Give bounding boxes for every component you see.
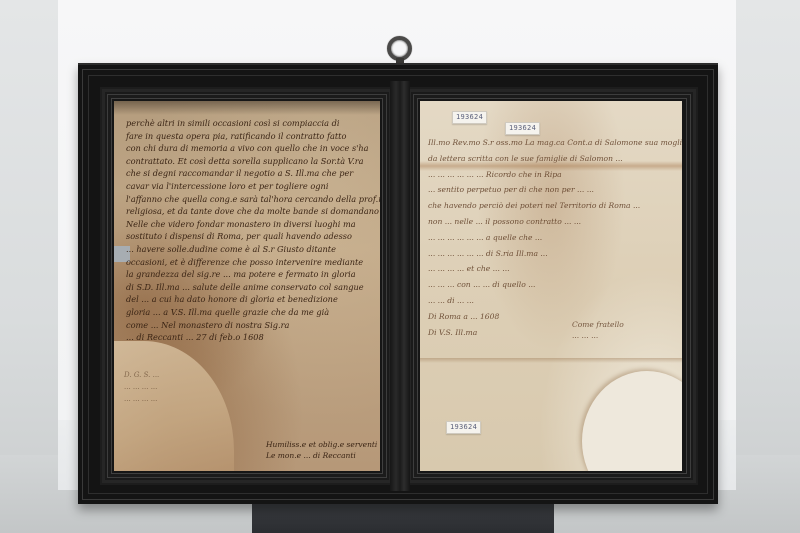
signoff-line: Le mon.e ... di Reccanti bbox=[266, 450, 380, 461]
manuscript-line: perchè altri in simili occasioni così si… bbox=[126, 117, 380, 130]
frame-center-divider bbox=[390, 81, 410, 491]
manuscript-line: ... havere solle.dudine come è al S.r Gi… bbox=[126, 243, 380, 256]
display-stand bbox=[252, 502, 554, 533]
left-signoff: Humiliss.e et oblig.e serventi in christ… bbox=[266, 439, 380, 461]
paper-curl bbox=[582, 371, 682, 471]
signoff-line: Humiliss.e et oblig.e serventi in christ… bbox=[266, 439, 380, 450]
manuscript-line: non ... nelle ... il possono contratto .… bbox=[428, 214, 682, 230]
manuscript-line: ... ... ... ... ... ... di S.ria Ill.ma … bbox=[428, 246, 682, 262]
manuscript-line: Ill.mo Rev.mo S.r oss.mo La mag.ca Cont.… bbox=[428, 135, 682, 151]
manuscript-line: cavar via l'intercessione loro et per to… bbox=[126, 180, 380, 193]
manuscript-line: occasioni, et è differenze che posso int… bbox=[126, 256, 380, 269]
manuscript-line: Nelle che videro fondar monastero in div… bbox=[126, 218, 380, 231]
paper-stain bbox=[420, 161, 682, 171]
manuscript-line: ... di Reccanti ... 27 di feb.o 1608 bbox=[126, 331, 380, 344]
manuscript-line: ... ... ... ... ... ... a quelle che ... bbox=[428, 230, 682, 246]
manuscript-line: del ... a cui ha dato honore di gloria e… bbox=[126, 293, 380, 306]
inventory-label: 193624 bbox=[505, 122, 540, 135]
paper-fold bbox=[420, 358, 682, 363]
manuscript-line: che havendo perciò dei poteri nel Territ… bbox=[428, 198, 682, 214]
right-manuscript-text: Ill.mo Rev.mo S.r oss.mo La mag.ca Cont.… bbox=[428, 135, 682, 340]
manuscript-line: da lettera scritta con le sue famiglie d… bbox=[428, 151, 682, 167]
manuscript-line: di S.D. Ill.ma ... salute delle anime co… bbox=[126, 281, 380, 294]
inventory-label: 193624 bbox=[452, 111, 487, 124]
manuscript-line: l'affanno che quella cong.e sarà tal'hor… bbox=[126, 193, 380, 206]
faded-line: ... ... ... ... bbox=[124, 393, 159, 405]
faded-text: D. G. S. ... ... ... ... ... ... ... ...… bbox=[124, 369, 159, 405]
manuscript-line: ... ... di ... ... bbox=[428, 293, 682, 309]
signoff-line: ... ... ... bbox=[572, 330, 624, 341]
left-frame-molding bbox=[100, 87, 394, 485]
manuscript-line: Di V.S. Ill.ma bbox=[428, 325, 682, 341]
manuscript-line: come ... Nel monastero di nostra Sig.ra bbox=[126, 319, 380, 332]
manuscript-line: Di Roma a ... 1608 bbox=[428, 309, 682, 325]
paper-gap bbox=[114, 246, 130, 262]
torn-paper-stain bbox=[114, 341, 234, 471]
inventory-label: 193624 bbox=[446, 421, 481, 434]
manuscript-line: gloria ... a V.S. Ill.ma quelle grazie c… bbox=[126, 306, 380, 319]
right-signoff: Come fratello ... ... ... bbox=[572, 319, 624, 341]
manuscript-line: religiosa, et da tante dove che da molte… bbox=[126, 205, 380, 218]
left-manuscript-text: perchè altri in simili occasioni così si… bbox=[126, 117, 380, 344]
manuscript-line: ... ... ... ... ... ... Ricordo che in R… bbox=[428, 167, 682, 183]
manuscript-line: sostituto i dispensi di Roma, per quali … bbox=[126, 230, 380, 243]
faded-line: ... ... ... ... bbox=[124, 381, 159, 393]
manuscript-line: ... sentito perpetuo per di che non per … bbox=[428, 182, 682, 198]
manuscript-line: fare in questa opera pia, ratificando il… bbox=[126, 130, 380, 143]
manuscript-line: ... ... ... con ... ... di quello ... bbox=[428, 277, 682, 293]
manuscript-line: che si degni raccomandar il negotio a S.… bbox=[126, 167, 380, 180]
signoff-line: Come fratello bbox=[572, 319, 624, 330]
double-frame: perchè altri in simili occasioni così si… bbox=[78, 63, 718, 504]
faded-line: D. G. S. ... bbox=[124, 369, 159, 381]
left-manuscript: perchè altri in simili occasioni così si… bbox=[114, 101, 380, 471]
manuscript-line: ... ... ... ... et che ... ... bbox=[428, 261, 682, 277]
page-shadow bbox=[114, 101, 380, 115]
right-manuscript: Ill.mo Rev.mo S.r oss.mo La mag.ca Cont.… bbox=[420, 101, 682, 471]
manuscript-line: con chi dura di memoria a vivo con quell… bbox=[126, 142, 380, 155]
manuscript-line: contrattato. Et così detta sorella suppl… bbox=[126, 155, 380, 168]
manuscript-line: la grandezza del sig.re ... ma potere e … bbox=[126, 268, 380, 281]
